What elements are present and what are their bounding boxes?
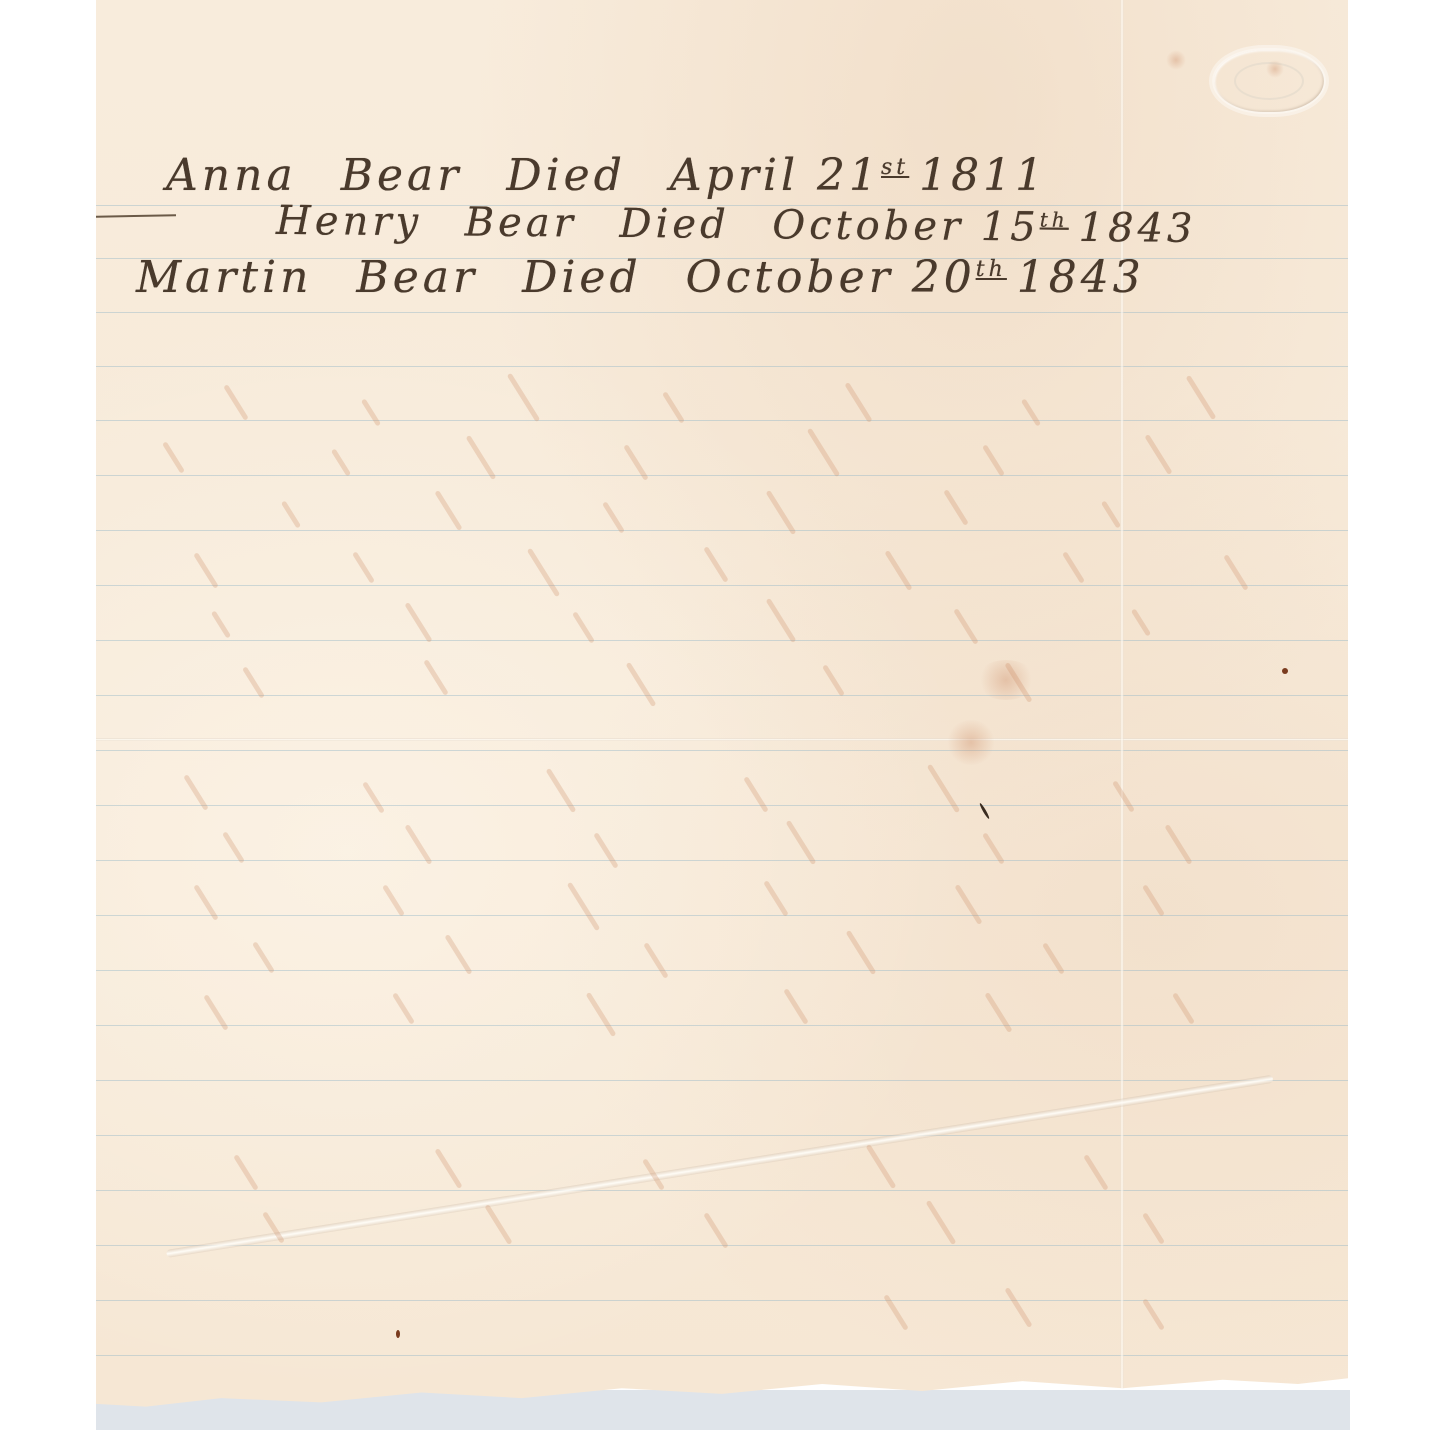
record-entry: Martin Bear Died October 20th1843: [136, 252, 1171, 303]
ruled-line: [96, 366, 1348, 367]
edge-tear: [96, 214, 176, 217]
day: 20: [912, 252, 976, 303]
ruled-line: [96, 805, 1348, 806]
surname: Bear: [356, 252, 478, 303]
record-verb: Died: [619, 201, 730, 248]
ruled-line: [96, 585, 1348, 586]
day-suffix: th: [1040, 207, 1069, 231]
ruled-line: [96, 640, 1348, 641]
diagonal-crease: [166, 1075, 1273, 1258]
death-date: October 20th1843: [686, 252, 1145, 303]
year: 1843: [1078, 205, 1196, 252]
year: 1811: [919, 150, 1047, 201]
ruled-line: [96, 1135, 1348, 1136]
month: April: [670, 150, 799, 201]
given-name: Anna: [166, 150, 297, 201]
paper-sheet: Anna Bear Died April 21st1811 Henry Bear…: [96, 0, 1348, 1418]
ruled-line: [96, 1300, 1348, 1301]
given-name: Henry: [276, 198, 422, 245]
surname: Bear: [341, 150, 463, 201]
ruled-line: [96, 475, 1348, 476]
ruled-line: [96, 1190, 1348, 1191]
day: 21: [817, 150, 881, 201]
ruled-line: [96, 1245, 1348, 1246]
ruled-line: [96, 860, 1348, 861]
death-date: October 15th1843: [772, 202, 1196, 252]
record-entry: Anna Bear Died April 21st1811: [166, 150, 1073, 201]
ruled-line: [96, 915, 1348, 916]
month: October: [686, 252, 894, 303]
death-date: April 21st1811: [670, 150, 1047, 201]
ruled-line: [96, 695, 1348, 696]
given-name: Martin: [136, 252, 312, 303]
ruled-line: [96, 1080, 1348, 1081]
record-entry: Henry Bear Died October 15th1843: [276, 198, 1223, 252]
ruled-line: [96, 970, 1348, 971]
ruled-line: [96, 1355, 1348, 1356]
ruled-line: [96, 1025, 1348, 1026]
record-verb: Died: [522, 252, 642, 303]
horizontal-fold: [96, 738, 1348, 741]
record-verb: Died: [506, 150, 626, 201]
ruled-line: [96, 530, 1348, 531]
month: October: [772, 202, 964, 250]
surname: Bear: [465, 200, 577, 247]
ruled-line: [96, 420, 1348, 421]
day-suffix: st: [881, 155, 909, 180]
scan-area: Anna Bear Died April 21st1811 Henry Bear…: [0, 0, 1445, 1445]
ruled-line: [96, 750, 1348, 751]
ruled-line: [96, 312, 1348, 313]
embossed-stamp-icon: [1212, 48, 1326, 114]
day-suffix: th: [976, 257, 1007, 282]
day: 15: [981, 204, 1040, 251]
year: 1843: [1017, 252, 1145, 303]
